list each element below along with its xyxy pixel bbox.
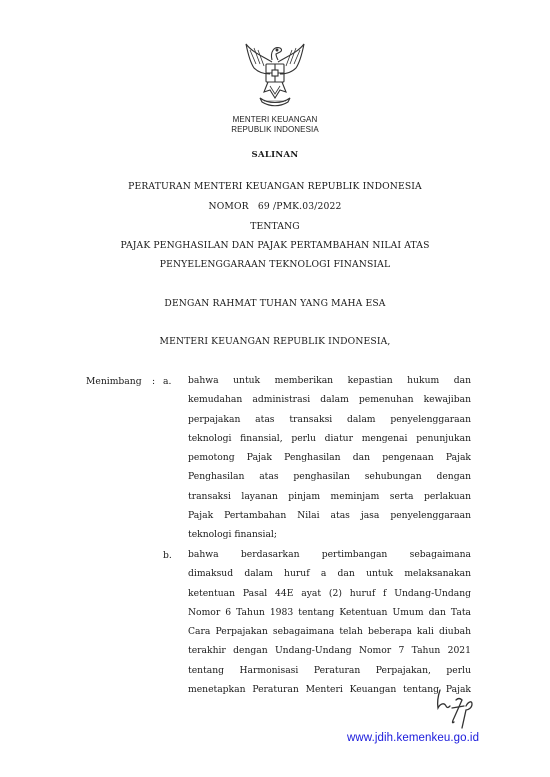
document-page: MENTERI KEUANGAN REPUBLIK INDONESIA SALI… [0, 0, 550, 777]
invocation: DENGAN RAHMAT TUHAN YANG MAHA ESA [60, 298, 490, 309]
subject-line-2: PENYELENGGARAAN TEKNOLOGI FINANSIAL [60, 259, 490, 270]
text-line: menetapkan Peraturan Menteri Keuangan te… [188, 680, 471, 699]
text-line: Cara Perpajakan sebagaimana telah bebera… [188, 622, 471, 641]
copy-stamp: SALINAN [200, 150, 350, 160]
initials-signature-icon [432, 688, 482, 734]
text-line: bahwa berdasarkan pertimbangan sebagaima… [188, 545, 471, 564]
text-line: teknologi finansial; [188, 525, 471, 544]
ministry-letterhead: MENTERI KEUANGAN REPUBLIK INDONESIA [200, 115, 350, 135]
regulation-number: NOMOR 69 /PMK.03/2022 [60, 201, 490, 212]
issuing-authority: MENTERI KEUANGAN REPUBLIK INDONESIA, [60, 336, 490, 347]
considerations-label: Menimbang [86, 376, 142, 387]
item-letter-a: a. [163, 376, 171, 387]
text-line: bahwa untuk memberikan kepastian hukum d… [188, 371, 471, 390]
about-label: TENTANG [60, 221, 490, 232]
ministry-line-2: REPUBLIK INDONESIA [200, 125, 350, 135]
regulation-title: PERATURAN MENTERI KEUANGAN REPUBLIK INDO… [60, 181, 490, 192]
item-letter-b: b. [163, 550, 172, 561]
garuda-pancasila-emblem-icon [242, 38, 308, 110]
text-line: tentang Harmonisasi Peraturan Perpajakan… [188, 661, 471, 680]
text-line: terakhir dengan Undang-Undang Nomor 7 Ta… [188, 641, 471, 660]
jdih-website-link[interactable]: www.jdih.kemenkeu.go.id [347, 732, 479, 744]
text-line: Pajak Pertambahan Nilai atas jasa penyel… [188, 506, 471, 525]
text-line: Penghasilan atas penghasilan sehubungan … [188, 467, 471, 486]
text-line: kemudahan administrasi dalam pemenuhan k… [188, 390, 471, 409]
considerations-separator: : [152, 376, 155, 387]
ministry-line-1: MENTERI KEUANGAN [200, 115, 350, 125]
consideration-b-text: bahwa berdasarkan pertimbangan sebagaima… [188, 545, 471, 699]
text-line: ketentuan Pasal 44E ayat (2) huruf f Und… [188, 584, 471, 603]
text-line: transaksi layanan pinjam meminjam serta … [188, 487, 471, 506]
text-line: teknologi finansial, perlu diatur mengen… [188, 429, 471, 448]
consideration-a-text: bahwa untuk memberikan kepastian hukum d… [188, 371, 471, 545]
subject-line-1: PAJAK PENGHASILAN DAN PAJAK PERTAMBAHAN … [60, 240, 490, 251]
text-line: Nomor 6 Tahun 1983 tentang Ketentuan Umu… [188, 603, 471, 622]
text-line: dimaksud dalam huruf a dan untuk melaksa… [188, 564, 471, 583]
text-line: perpajakan atas transaksi dalam penyelen… [188, 410, 471, 429]
text-line: pemotong Pajak Penghasilan dan pengenaan… [188, 448, 471, 467]
